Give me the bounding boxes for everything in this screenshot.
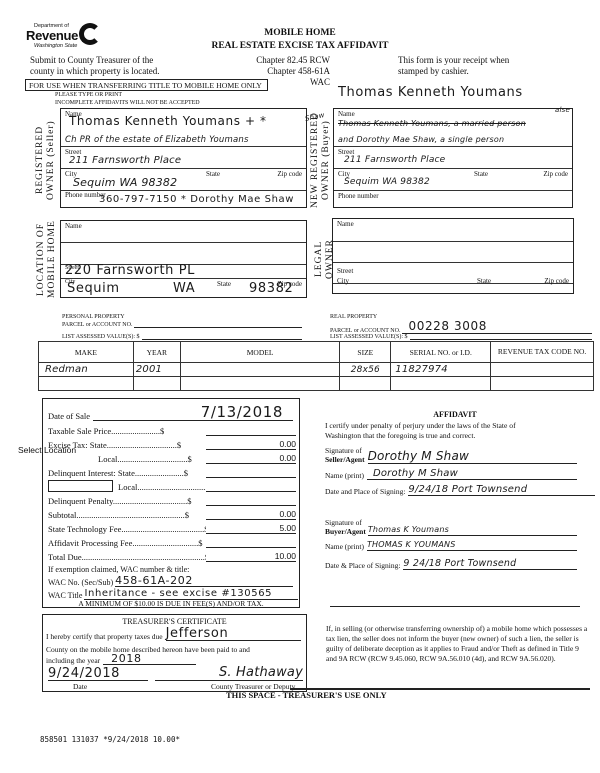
buyer-name-row[interactable]: Name Thomas Kenneth Youmans, a married p… <box>334 109 572 147</box>
line-label: Delinquent Interest: State..............… <box>48 468 206 478</box>
seller-label-1: REGISTERED <box>35 126 45 194</box>
mobile-home-only-banner: FOR USE WHEN TRANSFERRING TITLE TO MOBIL… <box>25 79 268 91</box>
line-label: Taxable Sale Price......................… <box>48 426 206 436</box>
seller-date-label: Date and Place of Signing: <box>325 487 405 496</box>
year-label: including the year <box>46 656 100 665</box>
buyer-street-row[interactable]: Street 211 Farnsworth Place <box>334 147 572 169</box>
incomplete-note: INCOMPLETE AFFIDAVITS WILL NOT BE ACCEPT… <box>55 100 200 106</box>
buyer-street-value: 211 Farnsworth Place <box>344 155 445 165</box>
year-cell[interactable] <box>133 377 180 391</box>
col-year: YEAR <box>133 342 180 363</box>
year-cell[interactable]: 2001 <box>133 363 180 377</box>
excise-state-value[interactable]: 0.00 <box>206 439 296 450</box>
exemption-label: If exemption claimed, WAC number & title… <box>48 565 189 574</box>
dor-logo: Department of Revenue Washington State <box>26 23 106 53</box>
seller-street-row[interactable]: Street 211 Farnsworth Place <box>61 147 306 169</box>
seller-box: Name Thomas Kenneth Youmans + * Ch PR of… <box>60 108 307 208</box>
size-cell[interactable]: 28x56 <box>340 363 391 377</box>
personal-property-field[interactable]: PERSONAL PROPERTY PARCEL or ACCOUNT NO. <box>62 314 302 328</box>
treasurer-date-label: Date <box>73 682 87 691</box>
dor-swoosh-icon <box>79 23 101 45</box>
col-model: MODEL <box>180 342 340 363</box>
seller-name-line-2: Ch PR of the estate of Elizabeth Youmans <box>65 135 249 145</box>
tax-code-cell[interactable] <box>491 377 594 391</box>
buyer-print-field[interactable]: Name (print) THOMAS K YOUMANS <box>325 540 577 551</box>
tax-lines: Taxable Sale Price......................… <box>48 422 296 562</box>
legal-owner-box: Name Street City State Zip code <box>332 218 574 294</box>
chapter-rcw: Chapter 82.45 RCW <box>255 55 330 66</box>
seller-city-value: Sequim WA 98382 <box>73 176 177 189</box>
affidavit-certify: I certify under penalty of perjury under… <box>325 421 516 441</box>
delinquent-penalty-line[interactable]: Delinquent Penalty......................… <box>48 492 296 506</box>
buyer-print-value[interactable]: THOMAS K YOUMANS <box>367 540 577 551</box>
size-cell[interactable] <box>340 377 391 391</box>
buyer-name-label: Name <box>338 110 355 118</box>
treasurer-line-2: County on the mobile home described here… <box>46 645 250 654</box>
subtotal-line[interactable]: Subtotal................................… <box>48 506 296 520</box>
buyer-section-label: NEW REGISTERED OWNER (Buyer) <box>310 112 334 208</box>
buyer-name-line-2: and Dorothy Mae Shaw, a single person <box>338 135 504 144</box>
location-state-label: State <box>217 280 231 288</box>
legal-city-row[interactable]: City State Zip code <box>333 284 573 294</box>
seller-date-place-field[interactable]: Date and Place of Signing: 9/24/18 Port … <box>325 484 595 496</box>
tax-calc-box: Date of Sale 7/13/2018 Taxable Sale Pric… <box>42 398 300 608</box>
location-name-row[interactable]: Name <box>61 221 306 243</box>
seller-signature-value[interactable]: Dorothy M Shaw <box>368 450 577 464</box>
delinquent-interest-local-line[interactable]: Local.................................$ <box>48 478 296 492</box>
submit-instructions: Submit to County Treasurer of the county… <box>30 55 159 77</box>
location-box: Name Street 220 Farnsworth PL City State… <box>60 220 307 298</box>
legal-zip-label: Zip code <box>544 277 569 285</box>
seller-zip-label: Zip code <box>277 170 302 178</box>
seller-date-value[interactable]: 9/24/18 Port Townsend <box>408 484 595 496</box>
affidavit-processing-fee-line[interactable]: Affidavit Processing Fee................… <box>48 534 296 548</box>
model-cell[interactable] <box>180 377 340 391</box>
buyer-city-value: Sequim WA 98382 <box>344 177 430 187</box>
buyer-date-place-field[interactable]: Date & Place of Signing: 9 24/18 Port To… <box>325 558 577 570</box>
total-due-value[interactable]: 10.00 <box>206 551 296 562</box>
line-label: Subtotal................................… <box>48 510 206 520</box>
legal-city-label: City <box>337 277 349 285</box>
excise-state-line[interactable]: Excise Tax: State.......................… <box>48 436 296 450</box>
line-label: Local.................................$ <box>118 482 206 492</box>
seller-state-label: State <box>206 170 220 178</box>
seller-section-label: REGISTERED OWNER (Seller) <box>35 112 59 208</box>
seller-sig-label-1: Signature of <box>325 446 362 455</box>
delinquent-interest-state-line[interactable]: Delinquent Interest: State..............… <box>48 464 296 478</box>
buyer-date-label: Date & Place of Signing: <box>325 561 400 570</box>
make-cell[interactable] <box>39 377 134 391</box>
receipt-stamp: 858501 131037 *9/24/2018 10.00* <box>40 735 180 744</box>
legal-state-label: State <box>477 277 491 285</box>
seller-street-value: 211 Farnsworth Place <box>69 155 181 166</box>
minimum-due-note: A MINIMUM OF $10.00 IS DUE IN FEE(S) AND… <box>43 599 299 608</box>
affidavit-processing-fee-value[interactable] <box>206 547 296 548</box>
submit-line-1: Submit to County Treasurer of the <box>30 55 159 66</box>
type-or-print-note: PLEASE TYPE OR PRINT <box>55 92 122 98</box>
paid-year-field[interactable]: including the year 2018 <box>46 654 196 665</box>
buyer-name-note: alse <box>555 106 570 114</box>
logo-state-text: Washington State <box>34 43 77 49</box>
model-cell[interactable] <box>180 363 340 377</box>
certify-line-2: Washington that the foregoing is true an… <box>325 431 516 441</box>
seller-print-label: Name (print) <box>325 471 364 480</box>
seller-name-value: Thomas Kenneth Youmans + * <box>69 114 267 128</box>
buyer-zip-label: Zip code <box>543 170 568 178</box>
location-label-2: MOBILE HOME <box>47 220 57 298</box>
table-header-row: MAKE YEAR MODEL SIZE SERIAL NO. or I.D. … <box>39 342 594 363</box>
taxable-sale-price-line[interactable]: Taxable Sale Price......................… <box>48 422 296 436</box>
delinquent-penalty-value[interactable] <box>206 505 296 506</box>
line-label: Affidavit Processing Fee................… <box>48 538 206 548</box>
col-make: MAKE <box>39 342 134 363</box>
location-city-value: Sequim <box>67 281 120 296</box>
real-assessed-label: LIST ASSESSED VALUE(S): $ <box>330 334 408 340</box>
mobile-home-table: MAKE YEAR MODEL SIZE SERIAL NO. or I.D. … <box>38 341 594 391</box>
seller-sig-label-2: Seller/Agent <box>325 455 365 464</box>
seller-label-2: OWNER (Seller) <box>46 120 56 200</box>
year-value[interactable]: 2018 <box>103 654 196 665</box>
legal-name-label: Name <box>337 220 354 228</box>
buyer-sig-label-2: Buyer/Agent <box>325 527 366 536</box>
buyer-label-2: OWNER (Buyer) <box>321 120 331 200</box>
seller-name-row[interactable]: Name Thomas Kenneth Youmans + * Ch PR of… <box>61 109 306 147</box>
affidavit-divider <box>330 606 580 607</box>
tax-lien-warning: If, in selling (or otherwise transferrin… <box>326 624 588 664</box>
line-label: Delinquent Penalty......................… <box>48 496 206 506</box>
personal-property-value[interactable] <box>134 320 302 328</box>
real-assessed-value[interactable] <box>410 332 592 340</box>
legal-name-row-2[interactable] <box>333 242 573 263</box>
seller-phone-row[interactable]: Phone number 360-797-7150 * Dorothy Mae … <box>61 191 306 207</box>
seller-sig-label: Signature of Seller/Agent <box>325 446 365 464</box>
legal-owner-section-label: LEGAL OWNER <box>314 220 328 298</box>
tax-code-cell[interactable] <box>491 363 594 377</box>
seller-print-field[interactable]: Name (print) Dorothy M Shaw <box>325 468 577 480</box>
tax-due-county-field[interactable]: I hereby certify that property taxes due… <box>46 628 301 641</box>
serial-cell[interactable]: 11827974 <box>391 363 491 377</box>
line-label: Local.................................$ <box>48 454 206 464</box>
certify-line-1: I certify under penalty of perjury under… <box>325 421 516 431</box>
buyer-city-row[interactable]: City State Zip code Sequim WA 98382 <box>334 169 572 191</box>
total-due-line[interactable]: Total Due...............................… <box>48 548 296 562</box>
buyer-name-value: Thomas Kenneth Youmans, a married person <box>338 119 526 128</box>
location-select-box[interactable] <box>48 480 113 492</box>
receipt-line-1: This form is your receipt when <box>398 55 509 66</box>
subtotal-value[interactable]: 0.00 <box>206 509 296 520</box>
col-serial: SERIAL NO. or I.D. <box>391 342 491 363</box>
buyer-box: Name Thomas Kenneth Youmans, a married p… <box>333 108 573 208</box>
table-row: Redman 2001 28x56 11827974 <box>39 363 594 377</box>
personal-assessed-value[interactable] <box>142 332 302 340</box>
real-property-field[interactable]: REAL PROPERTY PARCEL or ACCOUNT NO. 0022… <box>330 314 592 334</box>
affidavit-title: AFFIDAVIT <box>310 410 600 419</box>
seller-signature-field[interactable]: Signature of Seller/Agent Dorothy M Shaw <box>325 446 577 464</box>
personal-assessed-field[interactable]: LIST ASSESSED VALUE(S): $ <box>62 332 302 340</box>
delinquent-interest-state-value[interactable] <box>206 477 296 478</box>
title-line-2: REAL ESTATE EXCISE TAX AFFIDAVIT <box>180 40 420 53</box>
legal-street-row[interactable]: Street <box>333 263 573 284</box>
taxable-sale-price-value[interactable] <box>206 435 296 436</box>
treasurer-certificate-box: TREASURER'S CERTIFICATE I hereby certify… <box>42 614 307 692</box>
excise-local-value[interactable]: 0.00 <box>206 453 296 464</box>
seller-city-row[interactable]: City State Zip code Sequim WA 98382 <box>61 169 306 191</box>
state-tech-fee-line[interactable]: State Technology Fee....................… <box>48 520 296 534</box>
county-value[interactable]: Jefferson <box>166 628 301 641</box>
treasurer-signature-value[interactable]: S. Hathaway <box>155 665 303 681</box>
delinquent-interest-local-value[interactable] <box>206 491 296 492</box>
make-cell[interactable]: Redman <box>39 363 134 377</box>
buyer-signature-field[interactable]: Signature of Buyer/Agent Thomas K Youman… <box>325 518 577 536</box>
line-label: State Technology Fee....................… <box>48 524 206 534</box>
location-label-1: LOCATION OF <box>36 223 46 296</box>
location-name-label: Name <box>65 222 82 230</box>
logo-revenue-text: Revenue <box>26 28 78 43</box>
excise-local-line[interactable]: Local.................................$ … <box>48 450 296 464</box>
receipt-line-2: stamped by cashier. <box>398 66 509 77</box>
wac-no-value[interactable]: 458-61A-202 <box>115 575 293 587</box>
receipt-note: This form is your receipt when stamped b… <box>398 55 509 77</box>
buyer-sig-label: Signature of Buyer/Agent <box>325 518 366 536</box>
serial-cell[interactable] <box>391 377 491 391</box>
buyer-label-1: NEW REGISTERED <box>310 112 320 208</box>
real-assessed-field[interactable]: LIST ASSESSED VALUE(S): $ <box>330 332 592 340</box>
personal-assessed-label: LIST ASSESSED VALUE(S): $ <box>62 334 140 340</box>
treasurer-title: TREASURER'S CERTIFICATE <box>43 617 306 626</box>
date-of-sale-value[interactable]: 7/13/2018 <box>93 405 293 421</box>
location-name-row-2[interactable] <box>61 243 306 265</box>
select-location-label[interactable]: Select Location <box>18 445 76 455</box>
location-city-row[interactable]: City State Zip code Sequim WA 98382 <box>61 279 306 297</box>
buyer-header-name: Thomas Kenneth Youmans <box>338 85 523 100</box>
submit-line-2: county in which property is located. <box>30 66 159 77</box>
buyer-date-value[interactable]: 9 24/18 Port Townsend <box>403 558 577 570</box>
buyer-print-label: Name (print) <box>325 542 364 551</box>
legal-name-row[interactable]: Name <box>333 219 573 242</box>
col-size: SIZE <box>340 342 391 363</box>
location-zip-value: 98382 <box>249 281 293 296</box>
location-street-row[interactable]: Street 220 Farnsworth PL <box>61 265 306 279</box>
seller-phone-value: 360-797-7150 * Dorothy Mae Shaw <box>99 194 294 205</box>
location-street-value: 220 Farnsworth PL <box>65 263 195 278</box>
location-state-value: WA <box>173 281 195 296</box>
legal-street-label: Street <box>337 267 353 275</box>
wac-no-label: WAC No. (Sec/Sub) <box>48 578 113 587</box>
date-of-sale-field[interactable]: Date of Sale 7/13/2018 <box>48 405 293 421</box>
state-tech-fee-value[interactable]: 5.00 <box>206 523 296 534</box>
buyer-phone-label: Phone number <box>338 192 379 200</box>
form-title: MOBILE HOME REAL ESTATE EXCISE TAX AFFID… <box>180 27 420 53</box>
tax-due-label: I hereby certify that property taxes due <box>46 632 163 641</box>
wac-no-field[interactable]: WAC No. (Sec/Sub) 458-61A-202 <box>48 575 293 587</box>
title-line-1: MOBILE HOME <box>180 27 420 40</box>
personal-property-label-2: PARCEL or ACCOUNT NO. <box>62 322 132 328</box>
buyer-signature-value[interactable]: Thomas K Youmans <box>368 525 577 536</box>
line-label: Total Due...............................… <box>48 552 206 562</box>
seller-print-value[interactable]: Dorothy M Shaw <box>367 468 577 480</box>
treasurer-use-only: THIS SPACE - TREASURER'S USE ONLY <box>226 690 387 700</box>
date-of-sale-label: Date of Sale <box>48 411 90 421</box>
treasurer-date-value[interactable]: 9/24/2018 <box>48 667 148 681</box>
buyer-phone-row[interactable]: Phone number <box>334 191 572 207</box>
table-row <box>39 377 594 391</box>
col-tax-code: REVENUE TAX CODE NO. <box>491 342 594 363</box>
location-section-label: LOCATION OF MOBILE HOME <box>36 220 60 298</box>
buyer-state-label: State <box>474 170 488 178</box>
buyer-sig-label-1: Signature of <box>325 518 362 527</box>
